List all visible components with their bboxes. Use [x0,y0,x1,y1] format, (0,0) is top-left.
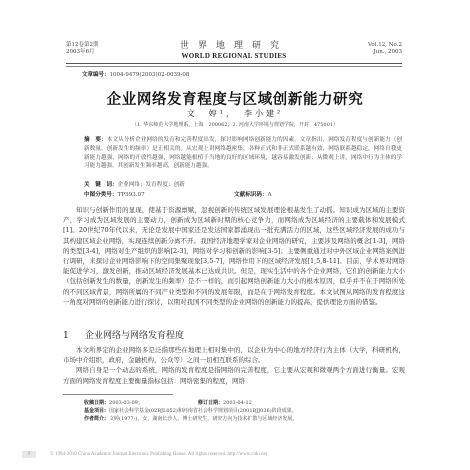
fund-row: 基金项目：国家社会科学基金(02BJL052)和河南省社会科学规划项目(2001… [84,407,404,415]
date-en: Jun., 2003 [368,49,402,56]
section-paragraph-1: 本文所界定的企业网络多是泛指那些在地理上相对集中的，以企业为中心的地方经济行为主… [63,345,405,365]
clc-label: 中图分类号： [84,192,118,198]
header-rule-thin [66,66,402,67]
running-header: 第12卷第2期 2003年6月 世界地理研究 WORLD REGIONAL ST… [66,42,402,64]
copyright-text: © 1994-2010 China Academic Journal Elect… [50,452,267,457]
abstract-label: 摘 要： [84,137,107,143]
author-bio-row: 作者简介：文婷(1977-)，女，湖南长沙人，博士研究生。研究方向为技术扩散与区… [84,415,404,423]
fund-label: 基金项目： [84,408,109,414]
intro-paragraph: 知识与创新作用的显现，使基于资源禀赋，忽视创新的传统区域发展理论根基发生了动摇。… [63,205,405,307]
article-number-value: 1004-9479(2003)02-0039-08 [110,72,190,78]
received-value: 2003-03-09； [109,400,143,406]
page-badge: ? [22,451,36,458]
footnotes: 收稿日期：2003-03-09； 修订日期：2003-04-12 基金项目：国家… [84,399,404,423]
section-heading: 1企业网络与网络发育程度 [63,328,184,341]
copyright-footer: ?© 1994-2010 China Academic Journal Elec… [22,451,267,458]
keywords: 关 键 词：企业网络；发育程度；创新 [84,180,185,188]
header-right: Vol.12, No.2 Jun., 2003 [368,42,402,56]
affiliations: （1. 华东师范大学地理系，上海 200062；2. 河南大学环境与规划学院，开… [60,121,410,128]
keywords-text: 企业网络；发育程度；创新 [118,182,185,188]
keywords-label: 关 键 词： [84,182,118,188]
clc-value: TP393.07 [118,192,145,198]
author-line: 文 婷¹， 李小建² [0,108,470,119]
revised-value: 2003-04-12 [223,400,252,406]
article-number-label: 文章编号： [82,72,110,78]
paper-title: 企业网络发育程度与区域创新能力研究 [60,88,410,109]
doc-id-label: 文献标识码： [234,192,268,198]
dates-row: 收稿日期：2003-03-09； 修订日期：2003-04-12 [84,399,404,407]
introduction: 知识与创新作用的显现，使基于资源禀赋，忽视创新的传统区域发展理论根基发生了动摇。… [63,205,405,307]
revised-label: 修订日期： [198,400,223,406]
abstract: 摘 要：本文从分析企业网络的发育和完善程度出发，探讨影响网络创新能力的因素。文章… [84,136,402,171]
document-id: 文献标识码：A [234,190,272,198]
author-bio-label: 作者简介： [84,416,109,422]
footnote-rule [63,394,173,395]
classification: 中图分类号：TP393.07 文献标识码：A [84,190,384,198]
revised-date: 修订日期：2003-04-12 [198,399,252,407]
header-center: 世界地理研究 WORLD REGIONAL STUDIES [66,41,402,61]
volume-en: Vol.12, No.2 [368,42,402,49]
section-paragraph-2: 网络自身是一个动态的系统，网络的发育程度是指网络的完善程度，它主要从宏观和微观两… [63,365,405,385]
author-bio-value: 文婷(1977-)，女，湖南长沙人，博士研究生。研究方向为技术扩散与区域经济发展… [109,416,297,422]
received-label: 收稿日期： [84,400,109,406]
fund-value: 国家社会科学基金(02BJL052)和河南省社会科学规划项目(2001BJJ03… [109,408,297,414]
section-body: 本文所界定的企业网络多是泛指那些在地理上相对集中的，以企业为中心的地方经济行为主… [63,345,405,386]
journal-page: 第12卷第2期 2003年6月 世界地理研究 WORLD REGIONAL ST… [0,0,470,470]
journal-name-en: WORLD REGIONAL STUDIES [66,52,402,61]
section-number: 1 [63,331,85,341]
section-title: 企业网络与网络发育程度 [85,331,184,341]
header-rule [66,63,402,64]
abstract-text: 本文从分析企业网络的发育和完善程度出发，探讨影响网络创新能力的因素。文章指出，网… [84,137,402,169]
doc-id-value: A [268,192,272,198]
article-number: 文章编号：1004-9479(2003)02-0039-08 [82,70,189,78]
journal-name-cn: 世界地理研究 [66,41,402,52]
